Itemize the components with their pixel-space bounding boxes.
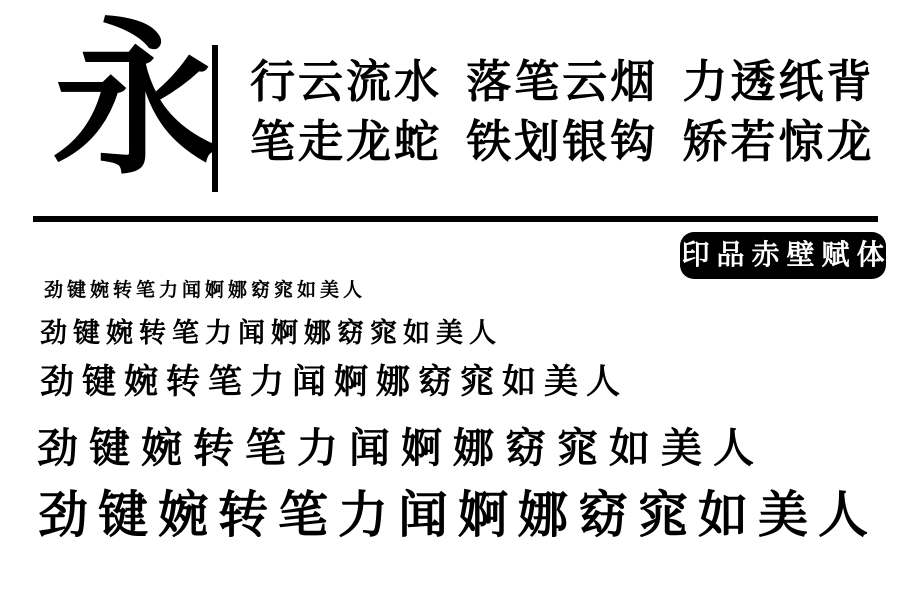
sample-line-1: 劲键婉转笔力闻婀娜窈窕如美人 [44, 281, 366, 300]
sample-line-2: 劲键婉转笔力闻婀娜窈窕如美人 [40, 320, 502, 347]
tagline-line-1: 行云流水 落笔云烟 力透纸背 [250, 60, 875, 105]
font-name-badge: 印品赤壁赋体 [680, 232, 886, 279]
model-character-yong: 永 [52, 18, 212, 198]
sample-line-3: 劲键婉转笔力闻婀娜窈窕如美人 [40, 366, 628, 400]
font-name-badge-label: 印品赤壁赋体 [682, 242, 892, 270]
tagline-line-2: 笔走龙蛇 铁划银钩 矫若惊龙 [250, 120, 875, 165]
vertical-divider [212, 45, 218, 192]
sample-line-4: 劲键婉转笔力闻婀娜窈窕如美人 [37, 428, 765, 469]
horizontal-divider [33, 216, 878, 222]
font-specimen-page: { "specimen": { "model_glyph": "永", "tag… [0, 0, 900, 600]
sample-line-5: 劲键婉转笔力闻婀娜窈窕如美人 [38, 490, 878, 540]
